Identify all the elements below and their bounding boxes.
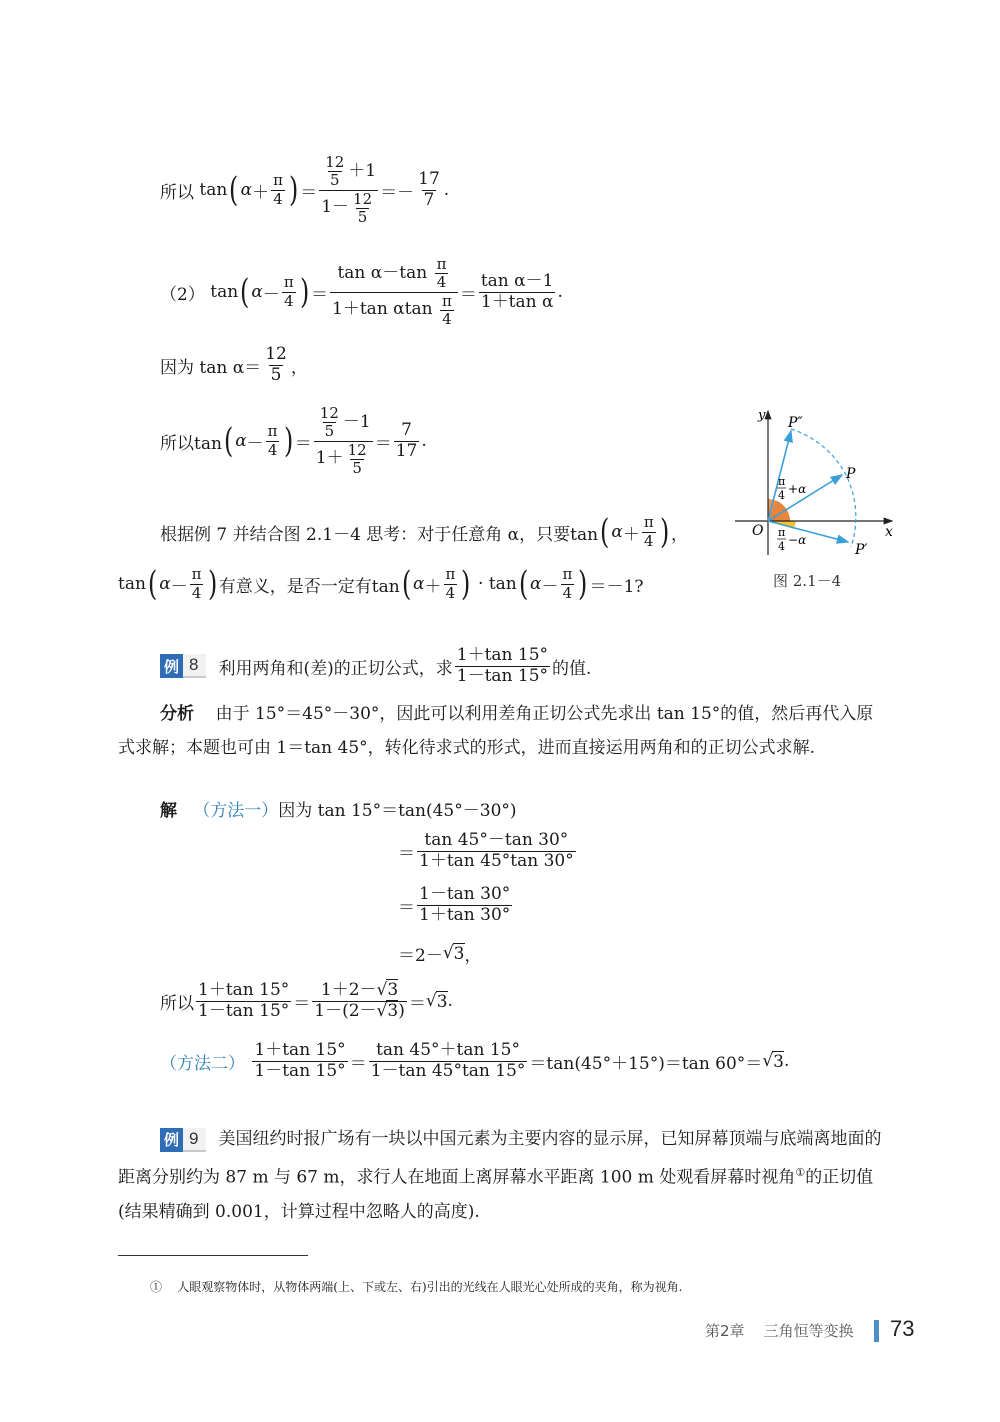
svg-text:x: x bbox=[885, 524, 893, 540]
solution-method-2: （方法二） 1＋tan 15°1－tan 15° ＝ tan 45°＋tan 1… bbox=[160, 1036, 789, 1086]
alpha-symbol: α bbox=[530, 574, 541, 594]
left-paren: ( bbox=[600, 515, 609, 549]
target-fraction: 1＋tan 15°1－tan 15° bbox=[196, 981, 291, 1021]
comma: ， bbox=[291, 353, 308, 378]
tan-sum-result-line: 所以 tan ( α ＋ π4 ) ＝ 125＋1 1－125 ＝ － 177 … bbox=[160, 148, 449, 232]
right-paren: ) bbox=[300, 275, 309, 309]
equals: ＝ bbox=[375, 429, 392, 454]
method-2-label: （方法二） bbox=[160, 1049, 245, 1074]
tan-fn: tan bbox=[118, 574, 146, 594]
analysis-label: 分析 bbox=[160, 704, 194, 724]
svg-text:+α: +α bbox=[788, 482, 806, 496]
pi-over-4: π4 bbox=[282, 274, 296, 310]
unit-circle-figure: y x O P″ P P′ π 4 +α π 4 −α bbox=[730, 405, 900, 565]
page-number-bar bbox=[874, 1320, 879, 1342]
example-badge: 例8 bbox=[160, 654, 206, 678]
pi-over-4: π4 bbox=[271, 172, 285, 208]
pi-over-4: π4 bbox=[266, 423, 280, 459]
right-paren: ) bbox=[208, 567, 217, 601]
solution-step-1: 解 （方法一） 因为 tan 15°＝tan(45°－30°) bbox=[160, 793, 517, 823]
minus-sign: － bbox=[397, 178, 414, 203]
left-paren: ( bbox=[224, 424, 233, 458]
alpha-symbol: α bbox=[413, 574, 424, 594]
equals: ＝ bbox=[380, 178, 397, 203]
comma: ， bbox=[671, 520, 688, 545]
comma: ， bbox=[465, 941, 482, 966]
solution-step-2: ＝ tan 45°－tan 30°1＋tan 45°tan 30° bbox=[398, 828, 578, 874]
equals: ＝ bbox=[300, 178, 317, 203]
because-text: 因为 tan α＝ bbox=[160, 353, 261, 378]
left-paren: ( bbox=[229, 173, 238, 207]
alpha-symbol: α bbox=[235, 431, 246, 451]
chapter-title: 三角恒等变换 bbox=[764, 1322, 854, 1340]
solution-conclusion: 所以 1＋tan 15°1－tan 15° ＝ 1＋2－√3 1－(2－√3) … bbox=[160, 976, 453, 1026]
svg-text:y: y bbox=[757, 408, 766, 423]
pi-over-4: π4 bbox=[642, 514, 656, 550]
alpha-symbol: α bbox=[611, 522, 622, 542]
alpha-symbol: α bbox=[251, 282, 262, 302]
footnote: ① 人眼观察物体时，从物体两端(上、下或左、右)引出的光线在人眼光心处所成的夹角… bbox=[150, 1278, 682, 1295]
period: . bbox=[784, 1051, 789, 1071]
right-paren: ) bbox=[461, 567, 470, 601]
alpha-symbol: α bbox=[241, 180, 252, 200]
right-paren: ) bbox=[578, 567, 587, 601]
footnote-ref[interactable]: ① bbox=[795, 1166, 805, 1179]
right-paren: ) bbox=[660, 515, 669, 549]
result-fraction: 717 bbox=[394, 421, 420, 461]
period: . bbox=[444, 180, 449, 200]
tan-diff-formula-line: （2） tan ( α － π4 ) ＝ tan α－tan π4 1＋tan … bbox=[160, 252, 563, 332]
sqrt-radicand: 3 bbox=[453, 943, 465, 964]
right-paren: ) bbox=[289, 173, 298, 207]
target-fraction: 1＋tan 15°1－tan 15° bbox=[252, 1041, 347, 1081]
solution-label: 解 bbox=[160, 796, 177, 821]
tan-diff-result-line: 所以tan ( α － π4 ) ＝ 125－1 1＋125 ＝ 717 . bbox=[160, 398, 427, 484]
example-9-text: 美国纽约时报广场有一块以中国元素为主要内容的显示屏，已知屏幕顶端与底端离地面的距… bbox=[118, 1129, 881, 1188]
method-1-label: （方法一） bbox=[193, 796, 278, 821]
so-label: 所以 bbox=[160, 989, 194, 1014]
equals: ＝ bbox=[350, 1049, 367, 1074]
because-line: 因为 tan α＝ 125 ， bbox=[160, 342, 308, 388]
solution-step-3: ＝ 1－tan 30°1＋tan 30° bbox=[398, 882, 514, 928]
page-number: 73 bbox=[890, 1316, 914, 1342]
svg-text:O: O bbox=[752, 523, 764, 539]
equals: ＝ bbox=[293, 989, 310, 1014]
example-9-paragraph: 例9美国纽约时报广场有一块以中国元素为主要内容的显示屏，已知屏幕顶端与底端离地面… bbox=[118, 1122, 888, 1229]
step-4-text: ＝2－ bbox=[398, 941, 443, 966]
think-question-line-2: tan ( α － π4 ) 有意义，是否一定有tan ( α ＋ π4 ) ·… bbox=[118, 562, 644, 606]
svg-text:P′: P′ bbox=[854, 542, 868, 558]
minus-sign: － bbox=[247, 429, 264, 454]
footnote-mark: ① bbox=[150, 1280, 162, 1294]
svg-text:π: π bbox=[778, 526, 785, 539]
pi-over-4: π4 bbox=[190, 566, 204, 602]
chapter-footer: 第2章 三角恒等变换 bbox=[705, 1320, 854, 1341]
result-fraction: 177 bbox=[416, 170, 442, 210]
method-2-tail: ＝tan(45°＋15°)＝tan 60°＝ bbox=[529, 1049, 762, 1074]
equals: ＝ bbox=[398, 893, 415, 918]
step-1-text: 因为 tan 15°＝tan(45°－30°) bbox=[278, 796, 516, 821]
figure-caption: 图 2.1－4 bbox=[773, 570, 841, 591]
substituted-fraction: 1＋2－√3 1－(2－√3) bbox=[312, 981, 407, 1021]
think-text: 有意义，是否一定有tan bbox=[219, 572, 400, 597]
pi-over-4: π4 bbox=[443, 566, 457, 602]
prompt-end: 的值. bbox=[552, 654, 591, 679]
svg-text:π: π bbox=[778, 475, 785, 488]
tan-fn: tan bbox=[210, 282, 238, 302]
equals: ＝ bbox=[295, 429, 312, 454]
compound-fraction: 125＋1 1－125 bbox=[319, 154, 378, 226]
equals: ＝ bbox=[311, 280, 328, 305]
sqrt-radicand: 3 bbox=[436, 991, 448, 1012]
example-prompt: 利用两角和(差)的正切公式，求 bbox=[218, 654, 452, 679]
equals: ＝ bbox=[460, 280, 477, 305]
so-tan-label: 所以tan bbox=[160, 429, 222, 454]
alpha-symbol: α bbox=[159, 574, 170, 594]
period: . bbox=[448, 991, 453, 1011]
analysis-text: 由于 15°＝45°－30°，因此可以利用差角正切公式先求出 tan 15°的值… bbox=[118, 704, 873, 758]
plus-sign: ＋ bbox=[252, 178, 269, 203]
minus-sign: － bbox=[541, 572, 558, 597]
svg-text:4: 4 bbox=[778, 540, 785, 553]
footnote-text: 人眼观察物体时，从物体两端(上、下或左、右)引出的光线在人眼光心处所成的夹角，称… bbox=[177, 1280, 682, 1294]
plus-sign: ＋ bbox=[424, 572, 441, 597]
footnote-divider bbox=[118, 1255, 308, 1256]
chapter-label: 第2章 bbox=[705, 1322, 745, 1340]
left-paren: ( bbox=[240, 275, 249, 309]
left-paren: ( bbox=[402, 567, 411, 601]
tan-fn: tan bbox=[489, 574, 517, 594]
expanded-fraction: tan α－tan π4 1＋tan αtan π4 bbox=[330, 256, 458, 328]
tan-fn: tan bbox=[199, 180, 227, 200]
analysis-paragraph: 分析 由于 15°＝45°－30°，因此可以利用差角正切公式先求出 tan 15… bbox=[118, 697, 888, 765]
svg-text:4: 4 bbox=[778, 489, 785, 502]
example-8-heading: 例8 利用两角和(差)的正切公式，求 1＋tan 15°1－tan 15° 的值… bbox=[160, 644, 591, 688]
simplified-fraction: tan α－11＋tan α bbox=[479, 272, 556, 312]
pi-over-4: π4 bbox=[560, 566, 574, 602]
example-badge: 例9 bbox=[160, 1128, 206, 1152]
compound-fraction: 125－1 1＋125 bbox=[314, 405, 373, 477]
think-end: ＝－1? bbox=[590, 572, 644, 597]
twelve-fifths: 125 bbox=[263, 345, 289, 385]
equals: ＝ bbox=[398, 839, 415, 864]
svg-text:P: P bbox=[845, 466, 856, 482]
target-fraction: 1＋tan 15°1－tan 15° bbox=[455, 646, 550, 686]
sqrt-radicand: 3 bbox=[772, 1051, 784, 1072]
dot-operator: · bbox=[478, 574, 483, 594]
step-2-fraction: tan 45°－tan 30°1＋tan 45°tan 30° bbox=[417, 831, 576, 871]
period: . bbox=[557, 282, 562, 302]
solution-step-4: ＝2－ √3 ， bbox=[398, 938, 482, 968]
think-text: 根据例 7 并结合图 2.1－4 思考：对于任意角 α，只要tan bbox=[160, 520, 598, 545]
period: . bbox=[421, 431, 426, 451]
minus-sign: － bbox=[171, 572, 188, 597]
right-paren: ) bbox=[284, 424, 293, 458]
think-question-line-1: 根据例 7 并结合图 2.1－4 思考：对于任意角 α，只要tan ( α ＋ … bbox=[160, 510, 688, 554]
step-3-fraction: 1－tan 30°1＋tan 30° bbox=[417, 885, 512, 925]
sum-formula-fraction: tan 45°＋tan 15°1－tan 45°tan 15° bbox=[369, 1041, 528, 1081]
plus-sign: ＋ bbox=[623, 520, 640, 545]
left-paren: ( bbox=[148, 567, 157, 601]
equals: ＝ bbox=[409, 989, 426, 1014]
part-label: （2） bbox=[160, 280, 205, 305]
svg-text:−α: −α bbox=[788, 533, 806, 547]
left-paren: ( bbox=[519, 567, 528, 601]
minus-sign: － bbox=[263, 280, 280, 305]
svg-text:P″: P″ bbox=[787, 415, 803, 431]
so-label: 所以 bbox=[160, 178, 194, 203]
